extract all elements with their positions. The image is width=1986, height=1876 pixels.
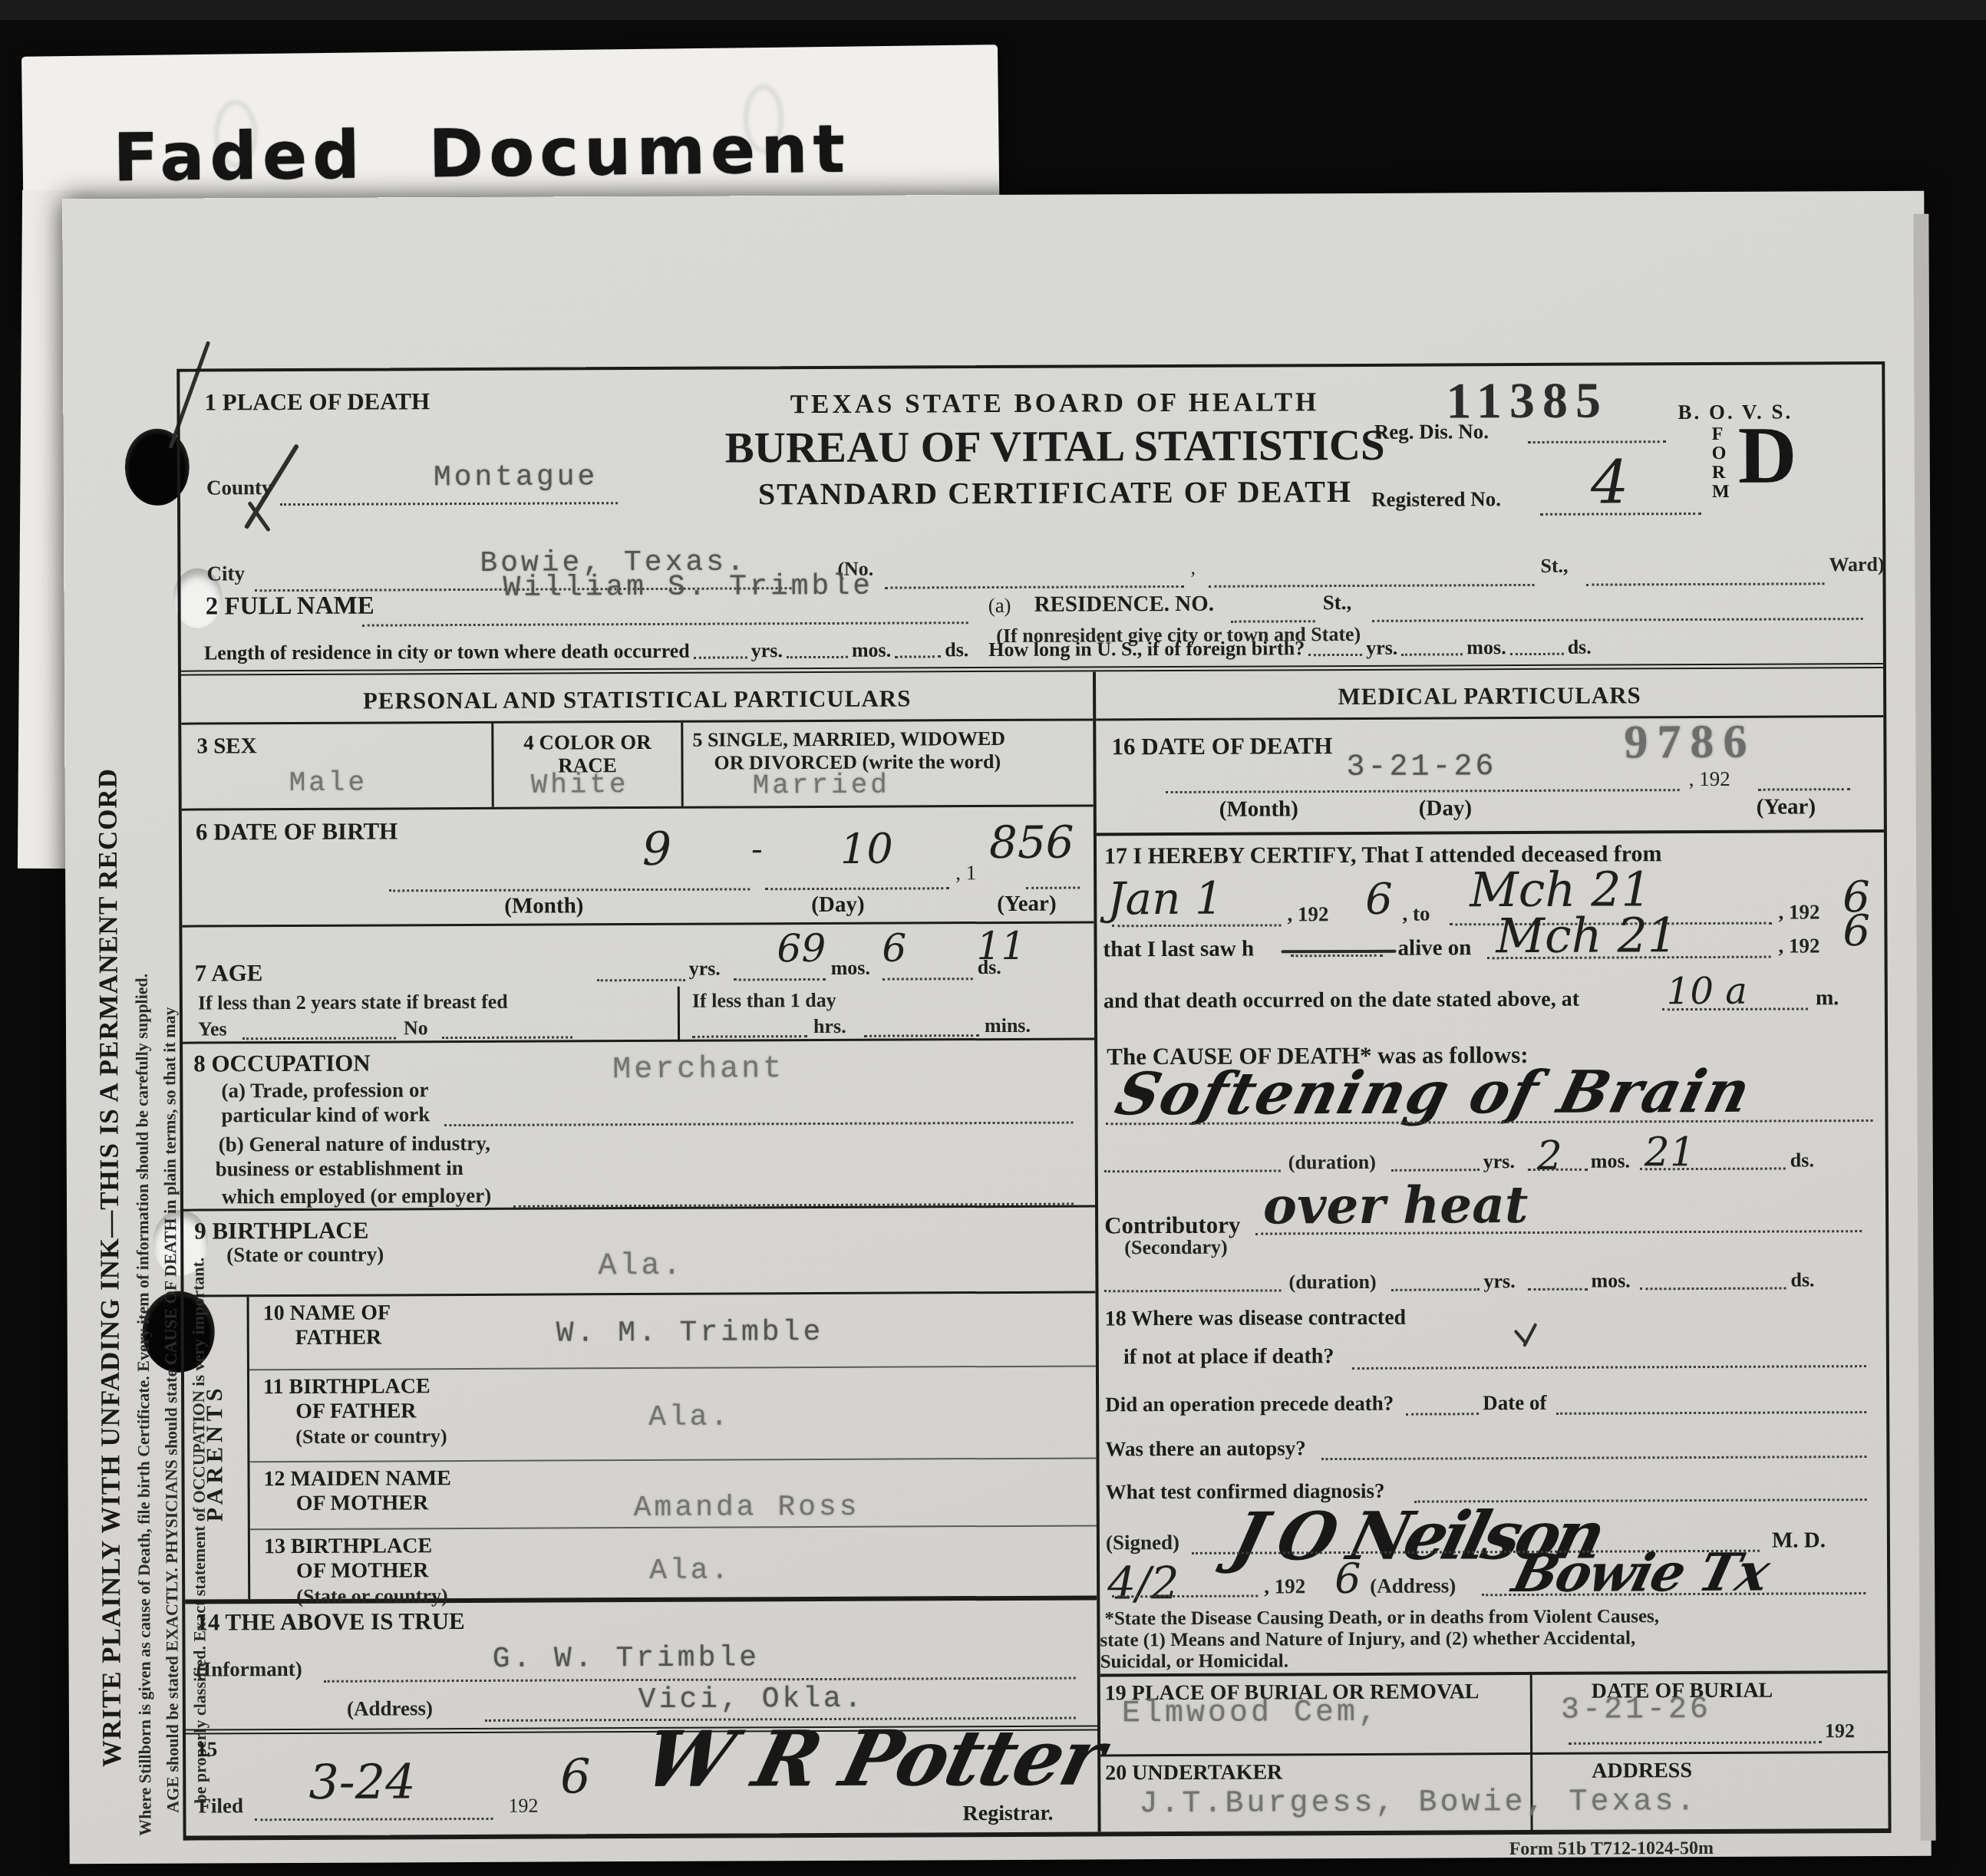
burial-date-line (1569, 1741, 1822, 1744)
dob-separator: - (751, 829, 763, 869)
county-value: Montague (434, 460, 599, 494)
paper-edge-shadow (1913, 214, 1935, 1841)
form-number-footer: Form 51b T712-1024-50m (1509, 1837, 1714, 1861)
autopsy-label: Was there an autopsy? (1105, 1436, 1305, 1461)
dob-day-caption: (Day) (811, 892, 864, 918)
father-bp-sub: (State or country) (295, 1425, 447, 1449)
disease-contracted-section: 18 Where was disease contracted if not a… (1099, 1301, 1886, 1380)
marital-value: Married (753, 770, 890, 802)
form-letter: F (1712, 425, 1730, 444)
city-st-label: St., (1540, 555, 1568, 578)
ds-label: ds. (945, 638, 968, 661)
birthplace-section: 9 BIRTHPLACE (State or country) Ala. (183, 1207, 1095, 1297)
cause-footnote: *State the Disease Causing Death, or in … (1100, 1603, 1887, 1677)
birthplace-sub: (State or country) (226, 1242, 384, 1267)
age-subdivider (678, 987, 680, 1042)
sex-value: Male (289, 767, 368, 799)
personal-section-title: PERSONAL AND STATISTICAL PARTICULARS (181, 671, 1093, 715)
certificate-form-border: 1 PLACE OF DEATH TEXAS STATE BOARD OF HE… (176, 361, 1891, 1841)
city-no-line (885, 585, 1184, 589)
duration-mos-caption: mos. (1591, 1149, 1630, 1172)
last-saw-year-prefix: , 192 (1778, 934, 1819, 958)
attended-from-year: 6 (1365, 875, 1393, 925)
item15-label: 15 (196, 1737, 217, 1761)
sex-color-marital-row: 3 SEX Male 4 COLOR OR RACE White 5 SINGL… (181, 720, 1093, 810)
certificate-header: 1 PLACE OF DEATH TEXAS STATE BOARD OF HE… (180, 364, 1883, 676)
dotted-line (1640, 1287, 1786, 1291)
county-line (280, 502, 618, 506)
undertaker-value: J.T.Burgess, Bowie, Texas. (1139, 1785, 1697, 1822)
cause-value-handwriting: Softening of Brain (1109, 1057, 1758, 1129)
date-of-death-section: 16 DATE OF DEATH 9786 3-21-26 , 192 (Mon… (1096, 717, 1884, 836)
marital-label: 5 SINGLE, MARRIED, WIDOWED (692, 727, 1005, 752)
father-name-row: 10 NAME OF FATHER W. M. Trimble (249, 1293, 1096, 1370)
city-street-line (1209, 584, 1534, 588)
dotted-line (1510, 653, 1564, 655)
operation-label: Did an operation precede death? (1105, 1392, 1394, 1417)
birthplace-label: 9 BIRTHPLACE (194, 1217, 368, 1245)
residence-st-line (1372, 618, 1863, 622)
death-time-m-label: m. (1816, 986, 1839, 1011)
occupation-b-line (513, 1203, 1074, 1208)
contributory-section: Contributory over heat (Secondary) (1098, 1179, 1885, 1256)
dob-year-prefix: , 1 (955, 861, 976, 885)
burial-place-value: Elmwood Cem, (1122, 1696, 1380, 1731)
dotted-line (1528, 1288, 1588, 1291)
medical-section-title: MEDICAL PARTICULARS (1096, 668, 1883, 711)
death-time-value: 10 a (1667, 970, 1747, 1013)
age-months-value: 6 (882, 926, 906, 971)
duration-yrs-caption: yrs. (1483, 1270, 1515, 1293)
board-title: TEXAS STATE BOARD OF HEALTH (701, 387, 1407, 420)
city-ward-label: Ward) (1829, 553, 1884, 576)
full-name-value: William S. Trimble (503, 570, 873, 605)
faded-document-banner: Faded Document (113, 111, 850, 197)
to-year-prefix: , 192 (1778, 900, 1819, 924)
informant-address-label: (Address) (347, 1696, 433, 1720)
dotted-line (1556, 1411, 1866, 1415)
attended-from-value: Jan 1 (1107, 872, 1223, 925)
breastfed-label: If less than 2 years state if breast fed (198, 991, 508, 1015)
dotted-line (1391, 1288, 1480, 1291)
above-true-label: 14 THE ABOVE IS TRUE (196, 1607, 464, 1637)
contributory-value-handwriting: over heat (1263, 1175, 1529, 1236)
father-birthplace-row: 11 BIRTHPLACE OF FATHER (State or countr… (249, 1367, 1097, 1462)
cause-of-death-section: The CAUSE OF DEATH* was as follows: Soft… (1097, 1038, 1885, 1139)
registered-no-value: 4 (1591, 448, 1629, 517)
yrs-label: yrs. (751, 639, 783, 662)
undertaker-section: 20 UNDERTAKER ADDRESS J.T.Burgess, Bowie… (1100, 1753, 1888, 1831)
filed-label: Filed (198, 1794, 243, 1818)
occupation-value: Merchant (612, 1052, 784, 1087)
father-name-value: W. M. Trimble (556, 1316, 824, 1350)
autopsy-row: Was there an autopsy? (1099, 1422, 1886, 1469)
dob-day-line (765, 887, 949, 890)
dod-stamp-number: 9786 (1624, 715, 1756, 770)
city-comma: , (1190, 556, 1196, 579)
dob-day-value: 10 (840, 825, 893, 873)
county-label: County (206, 476, 272, 499)
dob-month-line (389, 888, 750, 892)
father-name-label2: FATHER (295, 1326, 382, 1350)
occupation-b1: (b) General nature of industry, (219, 1132, 490, 1157)
dotted-line (694, 656, 747, 658)
dod-value: 3-21-26 (1346, 750, 1496, 785)
dod-year-caption: (Year) (1757, 794, 1816, 819)
date-of-birth-section: 6 DATE OF BIRTH 9 - 10 , 1 856 (Month) (… (182, 806, 1094, 927)
yrs-label: yrs. (1366, 637, 1397, 660)
signed-year-prefix: , 192 (1264, 1574, 1305, 1598)
mins-line (864, 1034, 979, 1037)
death-time-line (1662, 1007, 1808, 1011)
age-section: 69 6 11 7 AGE yrs. mos. ds. If less than… (182, 923, 1094, 1044)
no-label: No (404, 1017, 428, 1040)
mother-name-label: 12 MAIDEN NAME (263, 1466, 450, 1492)
mother-bp-label2: OF MOTHER (296, 1558, 429, 1584)
age-years-value: 69 (777, 926, 826, 971)
residence-label: RESIDENCE. NO. (1034, 592, 1215, 618)
signed-address-label: (Address) (1370, 1574, 1456, 1597)
occupation-a2: particular kind of work (221, 1103, 430, 1127)
age-mos-line (734, 978, 826, 981)
dod-label: 16 DATE OF DEATH (1111, 732, 1332, 760)
form-letter: R (1712, 463, 1730, 483)
margin-note-line: Where Stillborn is given as cause of Dea… (130, 541, 155, 1836)
sex-label: 3 SEX (196, 734, 256, 759)
attended-from-line (1112, 924, 1281, 927)
mother-bp-label: 13 BIRTHPLACE (264, 1534, 432, 1559)
dotted-line (787, 656, 848, 658)
occupation-label: 8 OCCUPATION (193, 1050, 371, 1078)
age-mos-caption: mos. (831, 957, 870, 980)
margin-bold-line: WRITE PLAINLY WITH UNFADING INK—THIS IS … (91, 541, 127, 1836)
dotted-line (1112, 1595, 1258, 1598)
scanned-document-page: Faded Document WRITE PLAINLY WITH UNFADI… (0, 0, 1986, 1876)
certify-section: 17 I HEREBY CERTIFY, That I attended dec… (1097, 832, 1885, 1041)
yes-label: Yes (198, 1017, 227, 1040)
last-saw-him-line (1291, 954, 1383, 958)
color-race-cell: 4 COLOR OR RACE White (493, 723, 683, 807)
dod-year-line (1758, 788, 1850, 791)
hrs-label: hrs. (813, 1015, 846, 1038)
q18-line (1352, 1365, 1866, 1370)
father-name-label: 10 NAME OF (263, 1301, 391, 1326)
parents-section: PARENTS 10 NAME OF FATHER W. M. Trimble … (184, 1293, 1097, 1604)
dob-month-caption: (Month) (504, 893, 583, 918)
footnote-line2: state (1) Means and Nature of Injury, an… (1100, 1627, 1635, 1652)
medical-particulars-column: MEDICAL PARTICULARS 16 DATE OF DEATH 978… (1096, 668, 1889, 1831)
dob-label: 6 DATE OF BIRTH (196, 817, 398, 846)
dotted-line (1528, 1169, 1588, 1171)
pen-strike (1282, 950, 1397, 954)
undertaker-address-label: ADDRESS (1592, 1759, 1692, 1784)
mother-name-value: Amanda Ross (634, 1491, 860, 1525)
undertaker-label: 20 UNDERTAKER (1105, 1760, 1282, 1785)
date-of-label: Date of (1483, 1391, 1546, 1415)
age-label: 7 AGE (195, 959, 263, 987)
signed-year-value: 6 (1334, 1555, 1361, 1603)
filed-section: 15 Filed 3-24 192 6 W R Potter Registrar… (186, 1730, 1098, 1835)
informant-label: (Informant) (196, 1657, 302, 1682)
last-saw-label: that I last saw h (1103, 937, 1254, 963)
certificate-title: STANDARD CERTIFICATE OF DEATH (702, 473, 1408, 513)
birthplace-value: Ala. (598, 1249, 684, 1284)
dod-year-prefix: , 192 (1689, 767, 1730, 791)
burial-divider (1530, 1675, 1532, 1752)
informant-address-value: Vici, Okla. (638, 1683, 865, 1716)
md-label: M. D. (1772, 1528, 1826, 1553)
filed-date-value: 3-24 (308, 1753, 416, 1810)
reg-district-line (1528, 440, 1666, 443)
filed-year-value: 6 (560, 1748, 591, 1804)
occupation-b3: which employed (or employer) (222, 1184, 491, 1209)
burial-section: 19 PLACE OF BURIAL OR REMOVAL DATE OF BU… (1100, 1673, 1888, 1756)
last-saw-value: Mch 21 (1496, 907, 1678, 964)
from-year-prefix: , 192 (1287, 902, 1328, 926)
signed-label: (Signed) (1106, 1531, 1179, 1555)
city-ward-line (1586, 582, 1824, 585)
hrs-line (692, 1035, 807, 1038)
duration-label: (duration) (1288, 1271, 1376, 1294)
mins-label: mins. (985, 1014, 1031, 1037)
duration-yrs-value: 2 (1537, 1133, 1562, 1179)
form-series-letter: D (1738, 423, 1797, 488)
color-race-value: White (531, 769, 629, 801)
bureau-title: BUREAU OF VITAL STATISTICS (702, 420, 1408, 473)
medical-section-title-row: MEDICAL PARTICULARS (1096, 668, 1883, 720)
father-bp-label: 11 BIRTHPLACE (263, 1374, 431, 1400)
death-certificate-paper: WRITE PLAINLY WITH UNFADING INK—THIS IS … (62, 191, 1931, 1864)
dod-day-caption: (Day) (1419, 796, 1472, 821)
no-line (442, 1036, 572, 1039)
mother-name-label2: OF MOTHER (296, 1491, 429, 1516)
q18-label: 18 Where was disease contracted (1105, 1306, 1407, 1332)
signed-date-row: 4/2 , 192 6 (Address) Bowie Tx (1100, 1557, 1887, 1606)
form-word-stack: F O R M (1712, 425, 1730, 502)
yes-line (242, 1037, 396, 1040)
burial-date-value: 3-21-26 (1561, 1693, 1711, 1728)
dotted-line (1104, 1169, 1281, 1172)
dotted-line (1401, 653, 1463, 655)
occupation-section: 8 OCCUPATION Merchant (a) Trade, profess… (183, 1040, 1095, 1211)
place-of-death-label: 1 PLACE OF DEATH (204, 387, 430, 416)
father-bp-label2: OF FATHER (295, 1399, 417, 1424)
dob-year-line (1026, 887, 1080, 889)
dotted-line (1406, 1413, 1479, 1415)
length-label: Length of residence in city or town wher… (204, 640, 690, 665)
dotted-line (1321, 1456, 1866, 1460)
last-saw-year: 6 (1842, 906, 1870, 956)
ds-label: ds. (1568, 636, 1592, 659)
age-ds-caption: ds. (978, 956, 1001, 979)
marital-status-cell: 5 SINGLE, MARRIED, WIDOWED OR DIVORCED (… (683, 720, 1093, 806)
dob-month-value: 9 (642, 823, 671, 876)
sex-cell: 3 SEX Male (181, 724, 493, 809)
age-yrs-caption: yrs. (689, 958, 721, 981)
dotted-line (1640, 1168, 1786, 1171)
footnote-line3: Suicidal, or Homicidal. (1100, 1650, 1289, 1673)
personal-particulars-column: PERSONAL AND STATISTICAL PARTICULARS 3 S… (181, 671, 1101, 1835)
father-bp-value: Ala. (648, 1401, 731, 1434)
to-label: , to (1402, 902, 1430, 926)
age-ds-line (882, 978, 973, 981)
occupation-b2: business or establishment in (216, 1156, 464, 1181)
duration-mos-caption: mos. (1591, 1269, 1630, 1292)
dotted-line (1104, 1289, 1281, 1292)
filed-line (255, 1818, 493, 1821)
occupation-a1: (a) Trade, profession or (221, 1078, 428, 1103)
dotted-line (1308, 654, 1362, 656)
dod-month-caption: (Month) (1219, 796, 1298, 822)
residence-st-label: St., (1323, 591, 1352, 615)
city-label: City (206, 562, 245, 585)
mother-bp-value: Ala. (649, 1555, 731, 1588)
length-of-residence-row: Length of residence in city or town wher… (204, 635, 1866, 664)
full-name-label: 2 FULL NAME (206, 592, 374, 621)
form-letter: O (1712, 444, 1730, 463)
scan-artifact-streak (0, 0, 1986, 20)
informant-value: G. W. Trimble (492, 1641, 760, 1676)
alive-on-label: alive on (1397, 935, 1471, 961)
agency-titles: TEXAS STATE BOARD OF HEALTH BUREAU OF VI… (701, 387, 1408, 513)
registrar-signature: W R Potter (635, 1712, 1113, 1805)
lessday-label: If less than 1 day (692, 989, 836, 1013)
duration-label: (duration) (1288, 1151, 1376, 1174)
informant-line (324, 1677, 1076, 1683)
dod-line (1166, 789, 1680, 793)
color-race-label: 4 COLOR OR (493, 730, 681, 755)
form-letter: M (1712, 483, 1730, 502)
dotted-line (895, 655, 941, 658)
duration-ds-caption: ds. (1790, 1149, 1814, 1172)
secondary-duration-row: (duration) yrs. mos. ds. (1098, 1253, 1885, 1304)
registrar-label: Registrar. (962, 1802, 1053, 1827)
filed-year-prefix: 192 (508, 1795, 538, 1818)
duration-ds-caption: ds. (1790, 1268, 1814, 1291)
registered-no-label: Registered No. (1371, 487, 1501, 512)
death-occurred-label: and that death occurred on the date stat… (1104, 987, 1579, 1014)
mother-birthplace-row: 13 BIRTHPLACE OF MOTHER (State or countr… (250, 1526, 1097, 1604)
mos-label: mos. (1466, 636, 1506, 659)
signed-date-value: 4/2 (1107, 1557, 1179, 1609)
occupation-a-line (444, 1122, 1074, 1127)
reg-district-label: Reg. Dis. No. (1374, 420, 1489, 444)
dob-year-value: 856 (989, 816, 1074, 869)
dotted-line (1391, 1169, 1480, 1172)
operation-row: Did an operation precede death? Date of (1099, 1377, 1886, 1425)
personal-section-title-row: PERSONAL AND STATISTICAL PARTICULARS (181, 671, 1093, 724)
age-yrs-line (597, 979, 685, 982)
pen-mark (1513, 1330, 1528, 1346)
duration-yrs-caption: yrs. (1483, 1150, 1515, 1173)
mother-name-row: 12 MAIDEN NAME OF MOTHER Amanda Ross (249, 1459, 1096, 1530)
residence-a-label: (a) (988, 594, 1011, 618)
residence-no-line (1231, 620, 1315, 622)
how-long-label: How long in U. S., if of foreign birth? (988, 637, 1305, 661)
mos-label: mos. (852, 639, 891, 662)
dob-year-caption: (Year) (997, 892, 1056, 917)
q18-label2: if not at place if death? (1123, 1344, 1334, 1370)
burial-year-prefix: 192 (1825, 1719, 1855, 1742)
parents-vertical-label: PARENTS (202, 1345, 229, 1560)
